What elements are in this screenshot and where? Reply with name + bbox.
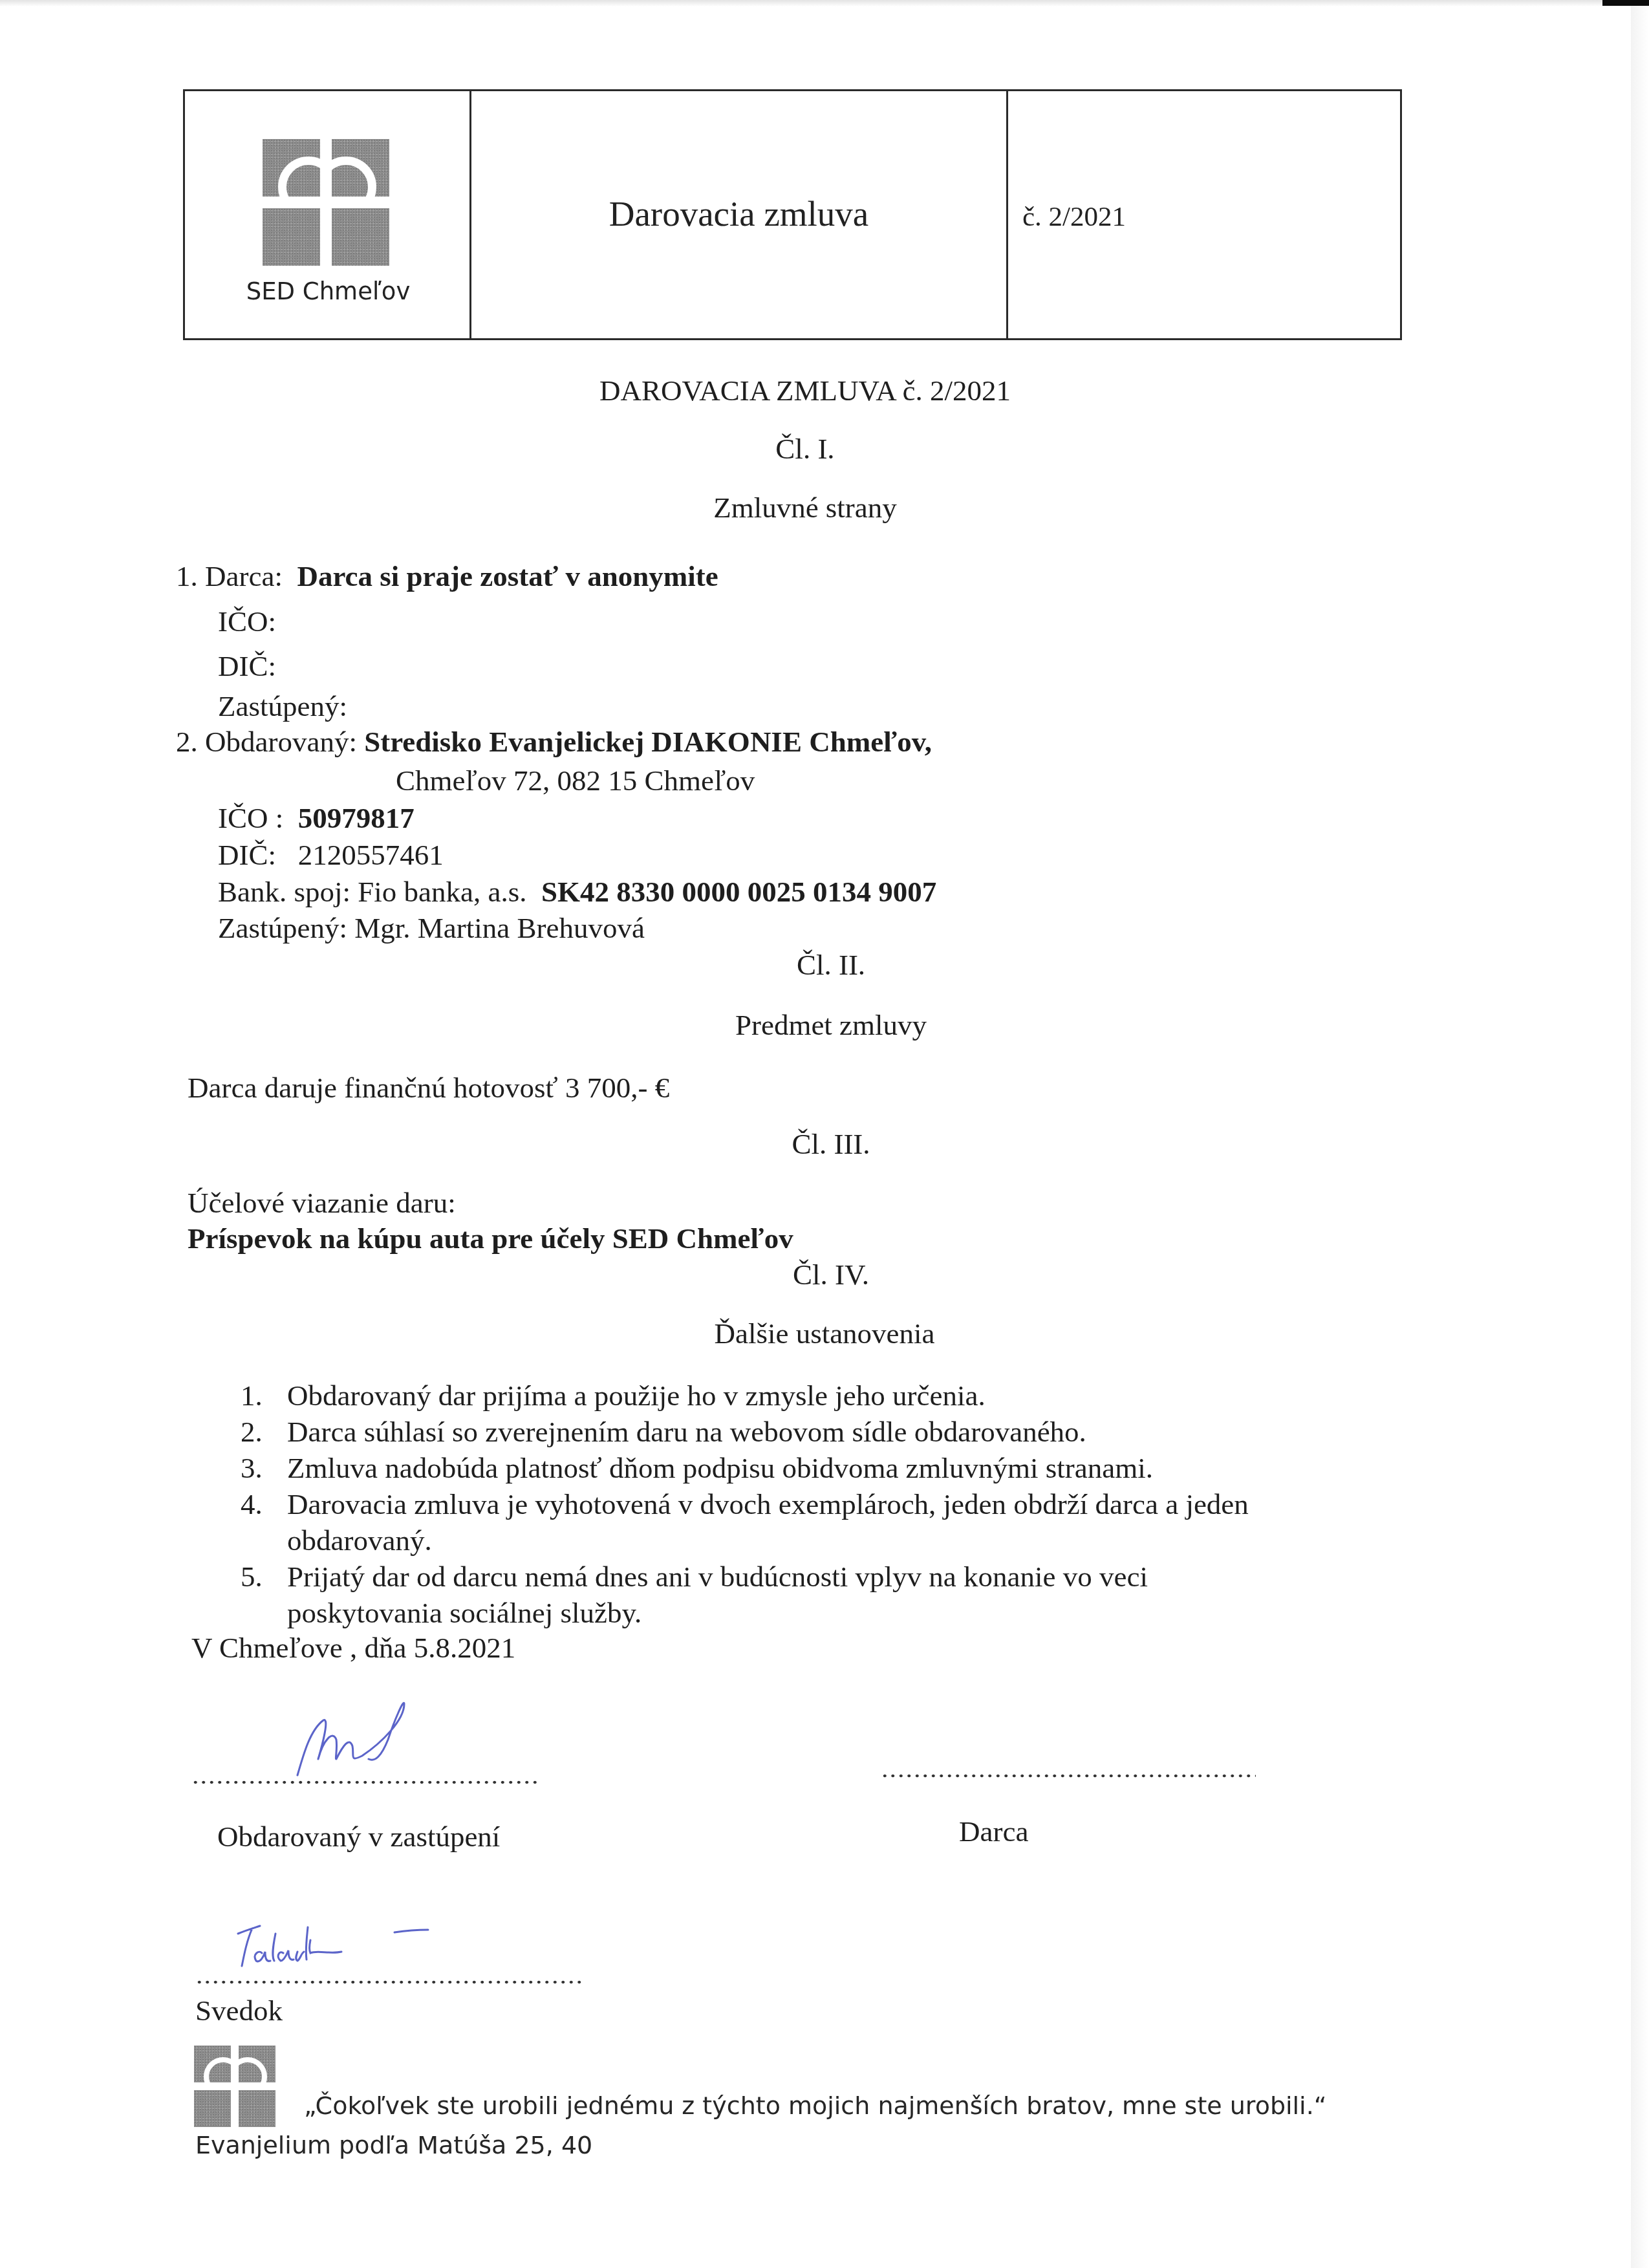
- donor-value: Darca si praje zostať v anonymite: [297, 560, 718, 592]
- place-date: V Chmeľove , dňa 5.8.2021: [191, 1634, 515, 1663]
- donor-label: 1. Darca:: [176, 560, 283, 592]
- recipient-rep-line: Zastúpený: Mgr. Martina Brehuvová: [218, 914, 645, 943]
- article-3-purpose: Príspevok na kúpu auta pre účely SED Chm…: [188, 1224, 793, 1253]
- footer-quote-source: Evanjelium podľa Matúša 25, 40: [195, 2133, 592, 2157]
- article-2-heading: Predmet zmluvy: [6, 1011, 1649, 1040]
- witness-signature-icon: [233, 1914, 479, 1972]
- recipient-name: Stredisko Evanjelickej DIAKONIE Chmeľov,: [364, 726, 932, 758]
- donor-dic-label: DIČ:: [218, 652, 276, 681]
- provision-2-number: 2.: [241, 1418, 263, 1447]
- recipient-rep-label: Zastúpený:: [218, 912, 347, 944]
- recipient-dic-label: DIČ:: [218, 839, 276, 871]
- recipient-ico: 50979817: [298, 802, 415, 834]
- diakonie-logo-icon: [263, 139, 389, 266]
- header-number-cell: č. 2/2021: [1008, 91, 1400, 338]
- article-2-number: Čl. II.: [6, 951, 1649, 980]
- recipient-line: 2. Obdarovaný: Stredisko Evanjelickej DI…: [176, 728, 932, 757]
- article-2-text: Darca daruje finančnú hotovosť 3 700,- €: [188, 1074, 669, 1103]
- recipient-iban: SK42 8330 0000 0025 0134 9007: [541, 876, 936, 908]
- recipient-bank-label: Bank. spoj: Fio banka, a.s.: [218, 876, 526, 908]
- header-logo-cell: SED Chmeľov: [185, 91, 471, 338]
- recipient-label: 2. Obdarovaný:: [176, 726, 357, 758]
- provision-5-text-cont: poskytovania sociálnej služby.: [287, 1599, 641, 1628]
- footer-diakonie-logo-icon: [194, 2046, 275, 2127]
- header-title-cell: Darovacia zmluva: [471, 91, 1008, 338]
- article-3-number: Čl. III.: [6, 1130, 1649, 1159]
- recipient-signature-label: Obdarovaný v zastúpení: [217, 1822, 500, 1852]
- contract-title: DAROVACIA ZMLUVA č. 2/2021: [0, 376, 1630, 405]
- article-3-label: Účelové viazanie daru:: [188, 1189, 456, 1218]
- recipient-dic: 2120557461: [298, 839, 444, 871]
- donor-signature-line: [881, 1774, 1256, 1778]
- donor-line: 1. Darca: Darca si praje zostať v anonym…: [176, 562, 718, 591]
- scan-corner-artifact: [1602, 0, 1649, 6]
- recipient-dic-line: DIČ: 2120557461: [218, 841, 444, 870]
- header-title: Darovacia zmluva: [471, 193, 1006, 234]
- recipient-ico-line: IČO : 50979817: [218, 804, 415, 833]
- donor-rep-label: Zastúpený:: [218, 692, 347, 721]
- header-table: SED Chmeľov Darovacia zmluva č. 2/2021: [183, 89, 1402, 340]
- footer-quote: „Čokoľvek ste urobili jednému z týchto m…: [304, 2093, 1326, 2118]
- recipient-rep: Mgr. Martina Brehuvová: [354, 912, 645, 944]
- recipient-bank-line: Bank. spoj: Fio banka, a.s. SK42 8330 00…: [218, 878, 936, 907]
- article-1-heading: Zmluvné strany: [0, 493, 1630, 523]
- provision-2-text: Darca súhlasí so zverejnením daru na web…: [287, 1418, 1086, 1447]
- recipient-signature-icon: [285, 1694, 453, 1785]
- provision-4-text-cont: obdarovaný.: [287, 1526, 432, 1555]
- provision-4-number: 4.: [241, 1490, 263, 1519]
- recipient-signature-line: [191, 1780, 538, 1784]
- scan-edge-top: [0, 0, 1604, 6]
- provision-1-text: Obdarovaný dar prijíma a použije ho v zm…: [287, 1381, 986, 1410]
- article-4-heading: Ďalšie ustanovenia: [0, 1319, 1649, 1348]
- provision-1-number: 1.: [241, 1381, 263, 1410]
- article-1-number: Čl. I.: [0, 435, 1630, 464]
- witness-signature-label: Svedok: [195, 1996, 283, 2025]
- provision-3-text: Zmluva nadobúda platnosť dňom podpisu ob…: [287, 1454, 1153, 1483]
- logo-caption: SED Chmeľov: [185, 277, 471, 305]
- article-4-number: Čl. IV.: [6, 1260, 1649, 1290]
- witness-signature-line: [195, 1980, 582, 1984]
- provision-5-number: 5.: [241, 1562, 263, 1592]
- provision-5-text: Prijatý dar od darcu nemá dnes ani v bud…: [287, 1562, 1148, 1592]
- recipient-address: Chmeľov 72, 082 15 Chmeľov: [396, 766, 755, 795]
- provision-3-number: 3.: [241, 1454, 263, 1483]
- donor-signature-label: Darca: [959, 1817, 1028, 1846]
- header-contract-number: č. 2/2021: [1022, 201, 1126, 233]
- donor-ico-label: IČO:: [218, 607, 276, 636]
- provision-4-text: Darovacia zmluva je vyhotovená v dvoch e…: [287, 1490, 1249, 1519]
- recipient-ico-label: IČO :: [218, 802, 283, 834]
